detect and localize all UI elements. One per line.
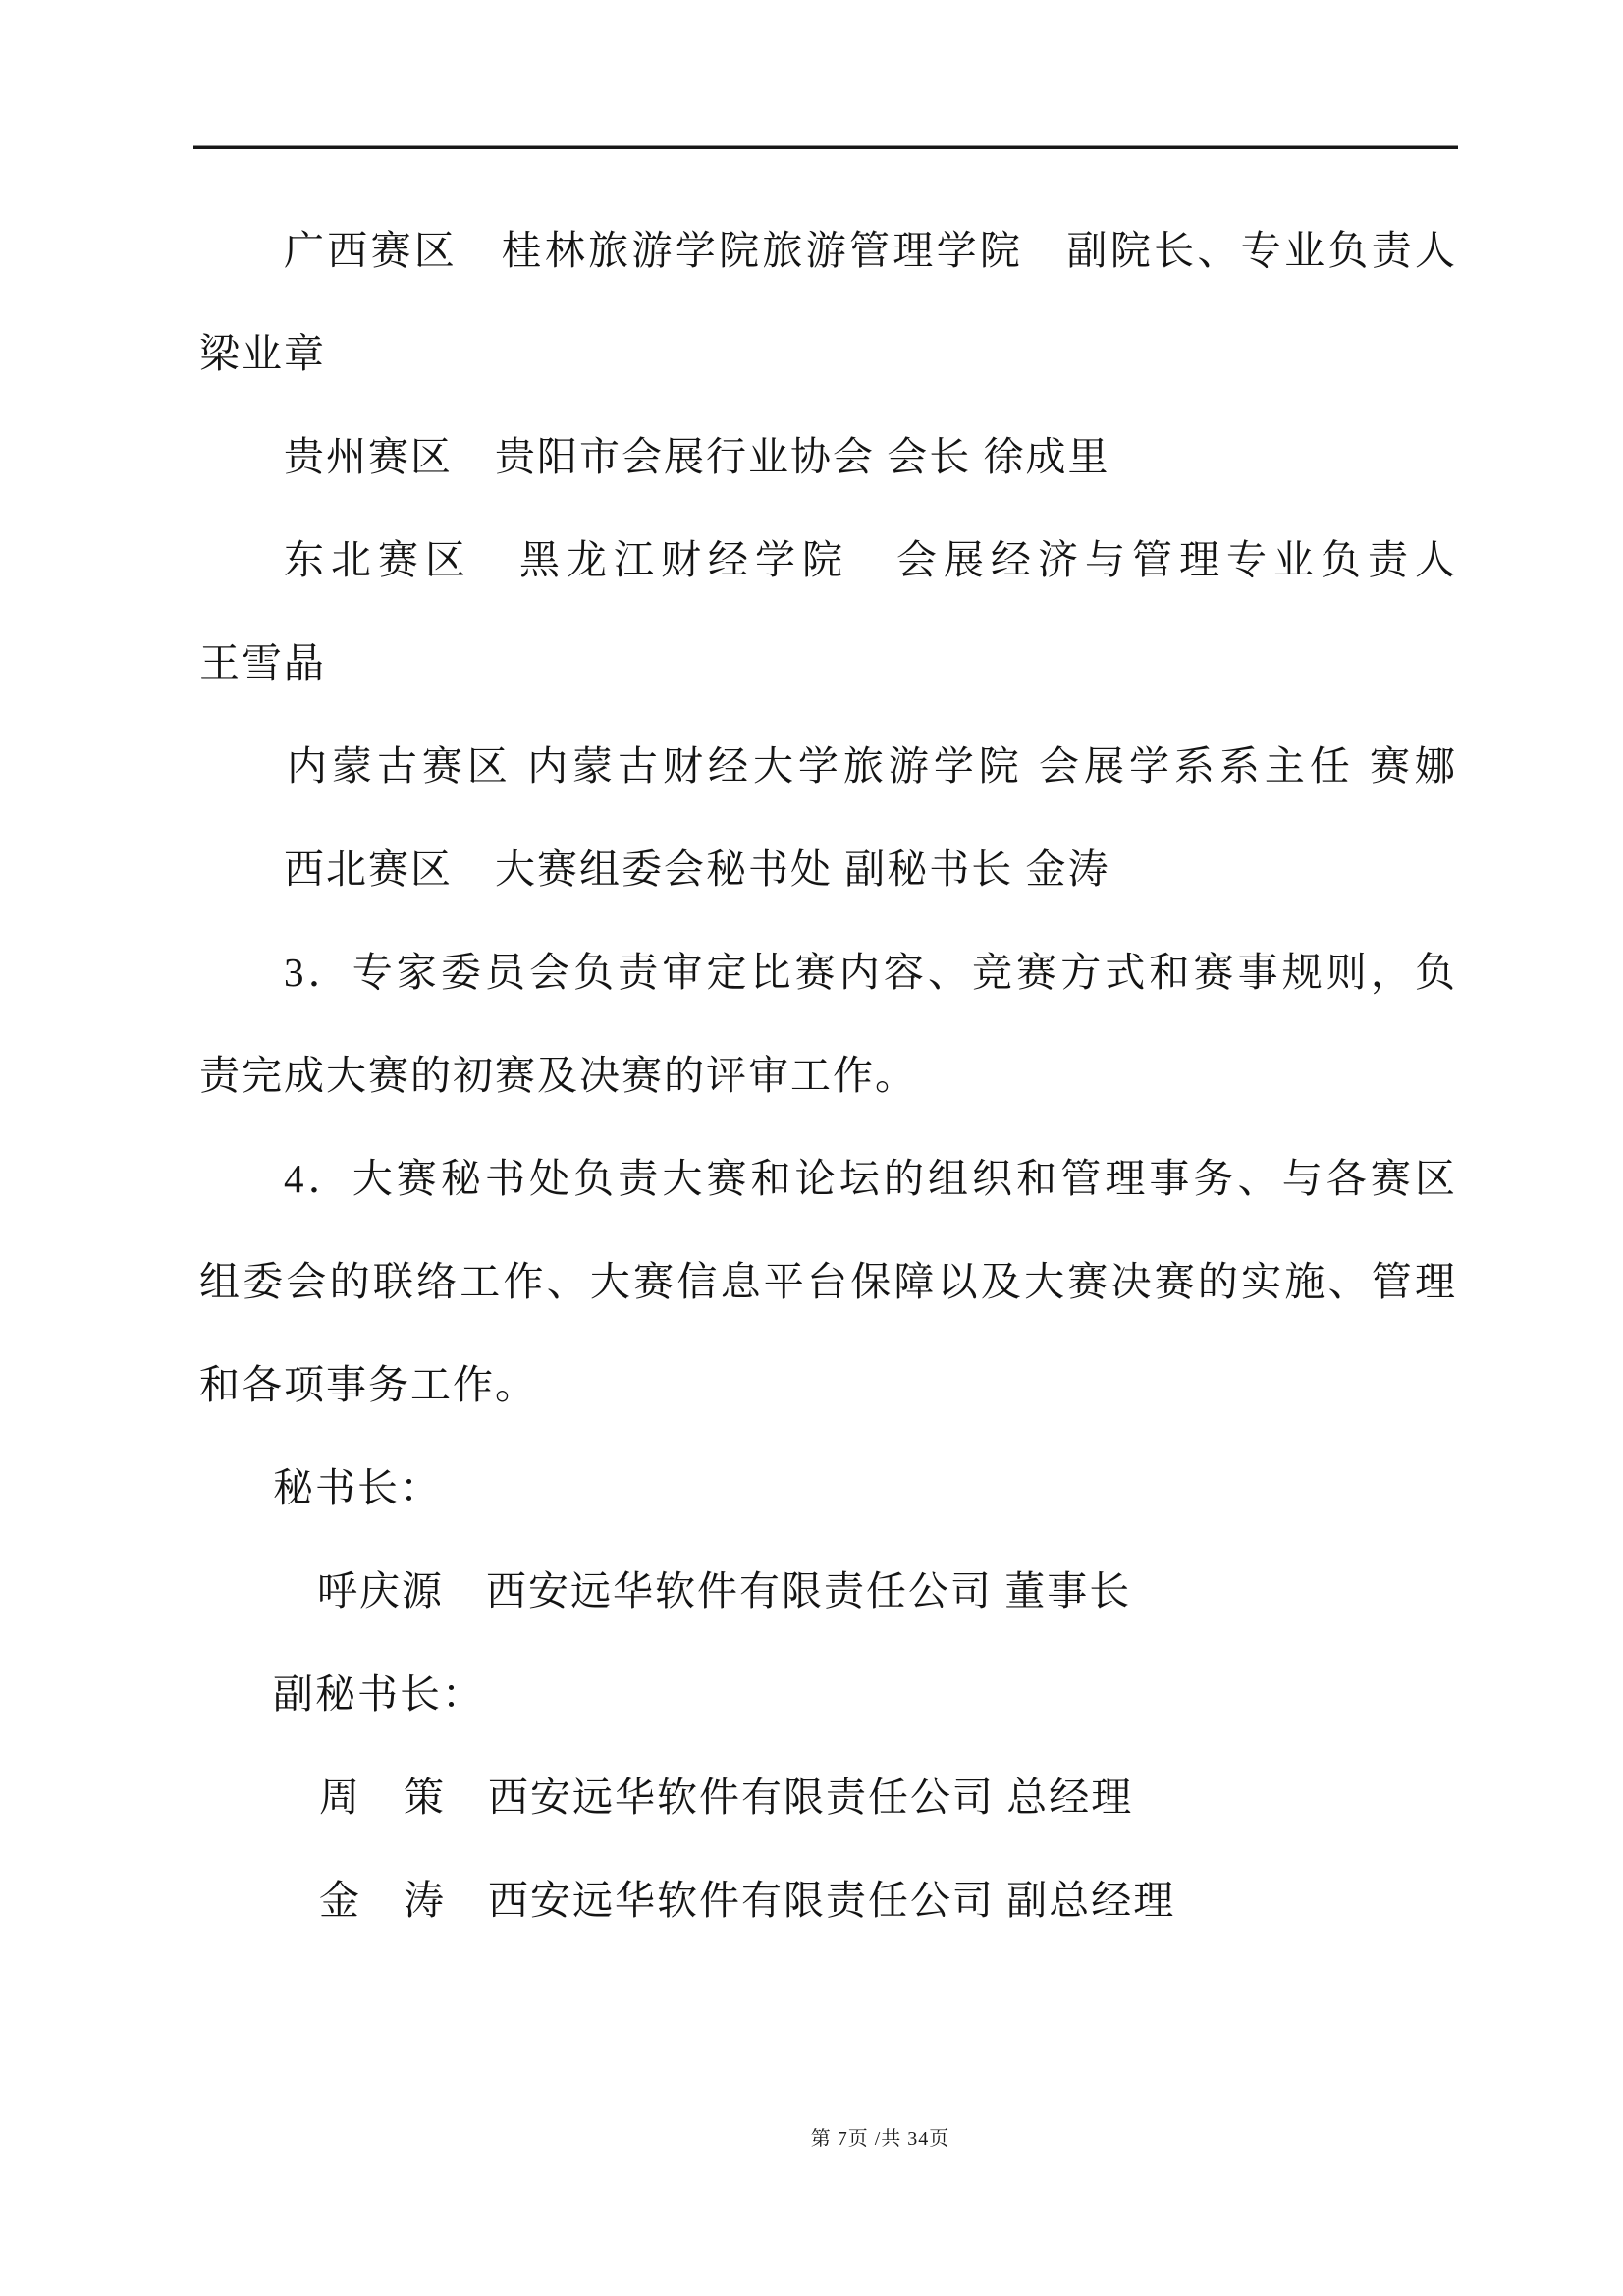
document-line: 4．大赛秘书处负责大赛和论坛的组织和管理事务、与各赛区 [196, 1127, 1457, 1230]
document-line: 组委会的联络工作、大赛信息平台保障以及大赛决赛的实施、管理 [196, 1230, 1457, 1334]
document-line: 呼庆源 西安远华软件有限责任公司 董事长 [196, 1540, 1457, 1643]
document-line: 责完成大赛的初赛及决赛的评审工作。 [196, 1024, 1457, 1127]
document-line: 广西赛区 桂林旅游学院旅游管理学院 副院长、专业负责人 [196, 199, 1457, 302]
document-line: 副秘书长： [196, 1643, 1457, 1746]
document-line: 和各项事务工作。 [196, 1334, 1457, 1437]
page-number: 第 7页 /共 34页 [811, 2128, 950, 2150]
document-line: 金 涛 西安远华软件有限责任公司 副总经理 [196, 1849, 1457, 1952]
document-line: 梁业章 [196, 302, 1457, 406]
document-line: 3．专家委员会负责审定比赛内容、竞赛方式和赛事规则，负 [196, 921, 1457, 1024]
document-line: 贵州赛区 贵阳市会展行业协会 会长 徐成里 [196, 406, 1457, 509]
document-line: 内蒙古赛区 内蒙古财经大学旅游学院 会展学系系主任 赛娜 [196, 715, 1457, 818]
document-line: 周 策 西安远华软件有限责任公司 总经理 [196, 1746, 1457, 1849]
document-line: 东北赛区 黑龙江财经学院 会展经济与管理专业负责人 [196, 509, 1457, 612]
page-footer: 第 7页 /共 34页 [69, 2117, 1623, 2160]
document-line: 秘书长： [196, 1437, 1457, 1540]
document-page: 广西赛区 桂林旅游学院旅游管理学院 副院长、专业负责人梁业章贵州赛区 贵阳市会展… [0, 0, 1623, 2296]
document-body: 广西赛区 桂林旅游学院旅游管理学院 副院长、专业负责人梁业章贵州赛区 贵阳市会展… [196, 199, 1457, 1952]
document-line: 王雪晶 [196, 612, 1457, 715]
header-rule [193, 145, 1458, 149]
document-line: 西北赛区 大赛组委会秘书处 副秘书长 金涛 [196, 818, 1457, 921]
